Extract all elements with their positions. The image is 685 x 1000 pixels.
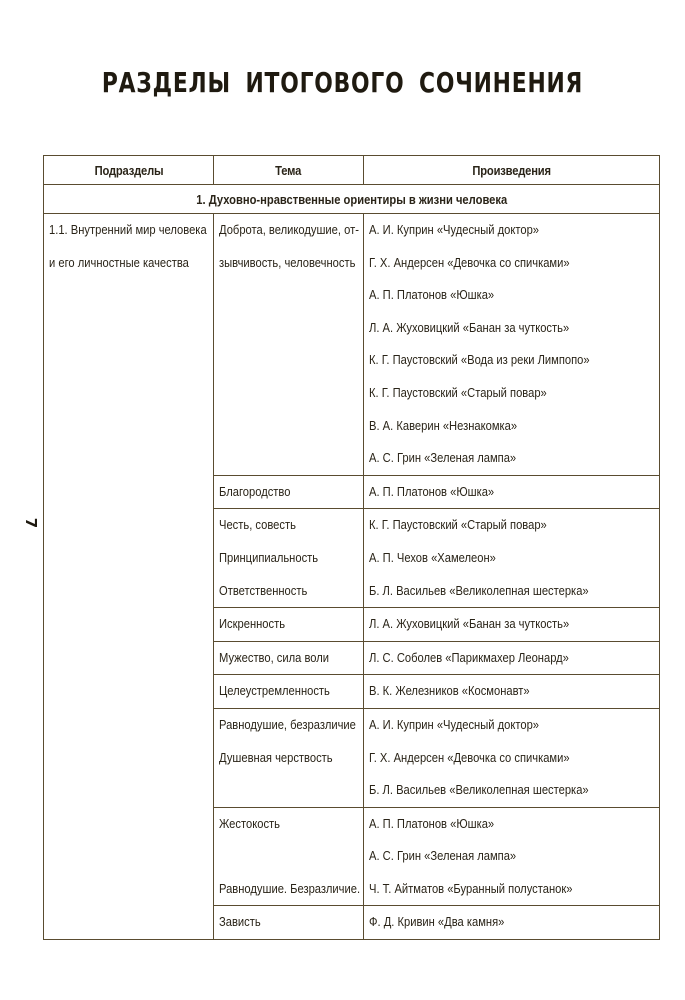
section-heading-row: 1. Духовно-нравственные ориентиры в жизн… — [44, 185, 660, 214]
table-body: 1. Духовно-нравственные ориентиры в жизн… — [44, 185, 660, 940]
work-item: К. Г. Паустовский «Старый повар» — [369, 377, 654, 410]
work-item: А. И. Куприн «Чудесный доктор» — [369, 214, 654, 247]
page-title: РАЗДЕЛЫ ИТОГОВОГО СОЧИНЕНИЯ — [75, 66, 609, 99]
works-cell: К. Г. Паустовский «Старый повар»А. П. Че… — [364, 509, 660, 608]
subsection-line: и его личностные качества — [49, 247, 208, 280]
page-number: 7 — [22, 518, 40, 528]
works-cell: А. П. Платонов «Юшка» — [364, 475, 660, 509]
theme-cell: Целеустремленность — [214, 675, 364, 709]
theme-cell: Мужество, сила воли — [214, 641, 364, 675]
theme-cell: ЖестокостьРавнодушие. Безразличие. — [214, 807, 364, 906]
work-item: А. С. Грин «Зеленая лампа» — [369, 840, 654, 873]
subsection-line: 1.1. Внутренний мир человека — [49, 214, 208, 247]
work-item: А. И. Куприн «Чудесный доктор» — [369, 709, 654, 742]
works-cell: Ф. Д. Кривин «Два камня» — [364, 906, 660, 940]
works-cell: Л. С. Соболев «Парикмахер Леонард» — [364, 641, 660, 675]
theme-line: Равнодушие. Безразличие. — [219, 873, 358, 906]
theme-line: Честь, совесть — [219, 509, 358, 542]
theme-line: Принципиальность — [219, 542, 358, 575]
column-header-theme: Тема — [214, 156, 364, 185]
theme-cell: Честь, совестьПринципиальностьОтветствен… — [214, 509, 364, 608]
work-item: А. С. Грин «Зеленая лампа» — [369, 442, 654, 475]
theme-cell: Доброта, великодушие, от-зывчивость, чел… — [214, 214, 364, 476]
sections-table: Подразделы Тема Произведения 1. Духовно-… — [43, 155, 660, 940]
works-cell: А. П. Платонов «Юшка»А. С. Грин «Зеленая… — [364, 807, 660, 906]
subsection-cell: 1.1. Внутренний мир человекаи его личнос… — [44, 214, 214, 940]
theme-cell: Благородство — [214, 475, 364, 509]
work-item: Л. С. Соболев «Парикмахер Леонард» — [369, 642, 654, 675]
works-cell: А. И. Куприн «Чудесный доктор»Г. Х. Анде… — [364, 214, 660, 476]
work-item: А. П. Чехов «Хамелеон» — [369, 542, 654, 575]
work-item: В. А. Каверин «Незнакомка» — [369, 410, 654, 443]
work-item: Ч. Т. Айтматов «Буранный полустанок» — [369, 873, 654, 906]
table-row: 1.1. Внутренний мир человекаи его личнос… — [44, 214, 660, 476]
work-item: Л. А. Жуховицкий «Банан за чуткость» — [369, 608, 654, 641]
table-header-row: Подразделы Тема Произведения — [44, 156, 660, 185]
work-item: Г. Х. Андерсен «Девочка со спичками» — [369, 247, 654, 280]
theme-line: Целеустремленность — [219, 675, 358, 708]
theme-line: Благородство — [219, 476, 358, 509]
section-heading: 1. Духовно-нравственные ориентиры в жизн… — [44, 185, 660, 214]
work-item: А. П. Платонов «Юшка» — [369, 279, 654, 312]
column-header-works: Произведения — [364, 156, 660, 185]
work-item: К. Г. Паустовский «Старый повар» — [369, 509, 654, 542]
theme-line: Мужество, сила воли — [219, 642, 358, 675]
work-item: Б. Л. Васильев «Великолепная шестерка» — [369, 575, 654, 608]
work-item: Б. Л. Васильев «Великолепная шестерка» — [369, 774, 654, 807]
theme-line: Равнодушие, безразличие — [219, 709, 358, 742]
work-item: А. П. Платонов «Юшка» — [369, 808, 654, 841]
theme-line — [219, 840, 358, 873]
work-item: Ф. Д. Кривин «Два камня» — [369, 906, 654, 939]
theme-line: Душевная черствость — [219, 742, 358, 775]
theme-line: зывчивость, человечность — [219, 247, 358, 280]
theme-cell: Искренность — [214, 608, 364, 642]
work-item: А. П. Платонов «Юшка» — [369, 476, 654, 509]
column-header-subsections: Подразделы — [44, 156, 214, 185]
theme-line: Ответственность — [219, 575, 358, 608]
work-item: К. Г. Паустовский «Вода из реки Лимпопо» — [369, 344, 654, 377]
work-item: Г. Х. Андерсен «Девочка со спичками» — [369, 742, 654, 775]
theme-line: Жестокость — [219, 808, 358, 841]
works-cell: Л. А. Жуховицкий «Банан за чуткость» — [364, 608, 660, 642]
theme-line: Искренность — [219, 608, 358, 641]
theme-line: Доброта, великодушие, от- — [219, 214, 358, 247]
theme-cell: Равнодушие, безразличиеДушевная черствос… — [214, 708, 364, 807]
theme-cell: Зависть — [214, 906, 364, 940]
work-item: Л. А. Жуховицкий «Банан за чуткость» — [369, 312, 654, 345]
works-cell: В. К. Железников «Космонавт» — [364, 675, 660, 709]
theme-line: Зависть — [219, 906, 358, 939]
work-item: В. К. Железников «Космонавт» — [369, 675, 654, 708]
works-cell: А. И. Куприн «Чудесный доктор»Г. Х. Анде… — [364, 708, 660, 807]
